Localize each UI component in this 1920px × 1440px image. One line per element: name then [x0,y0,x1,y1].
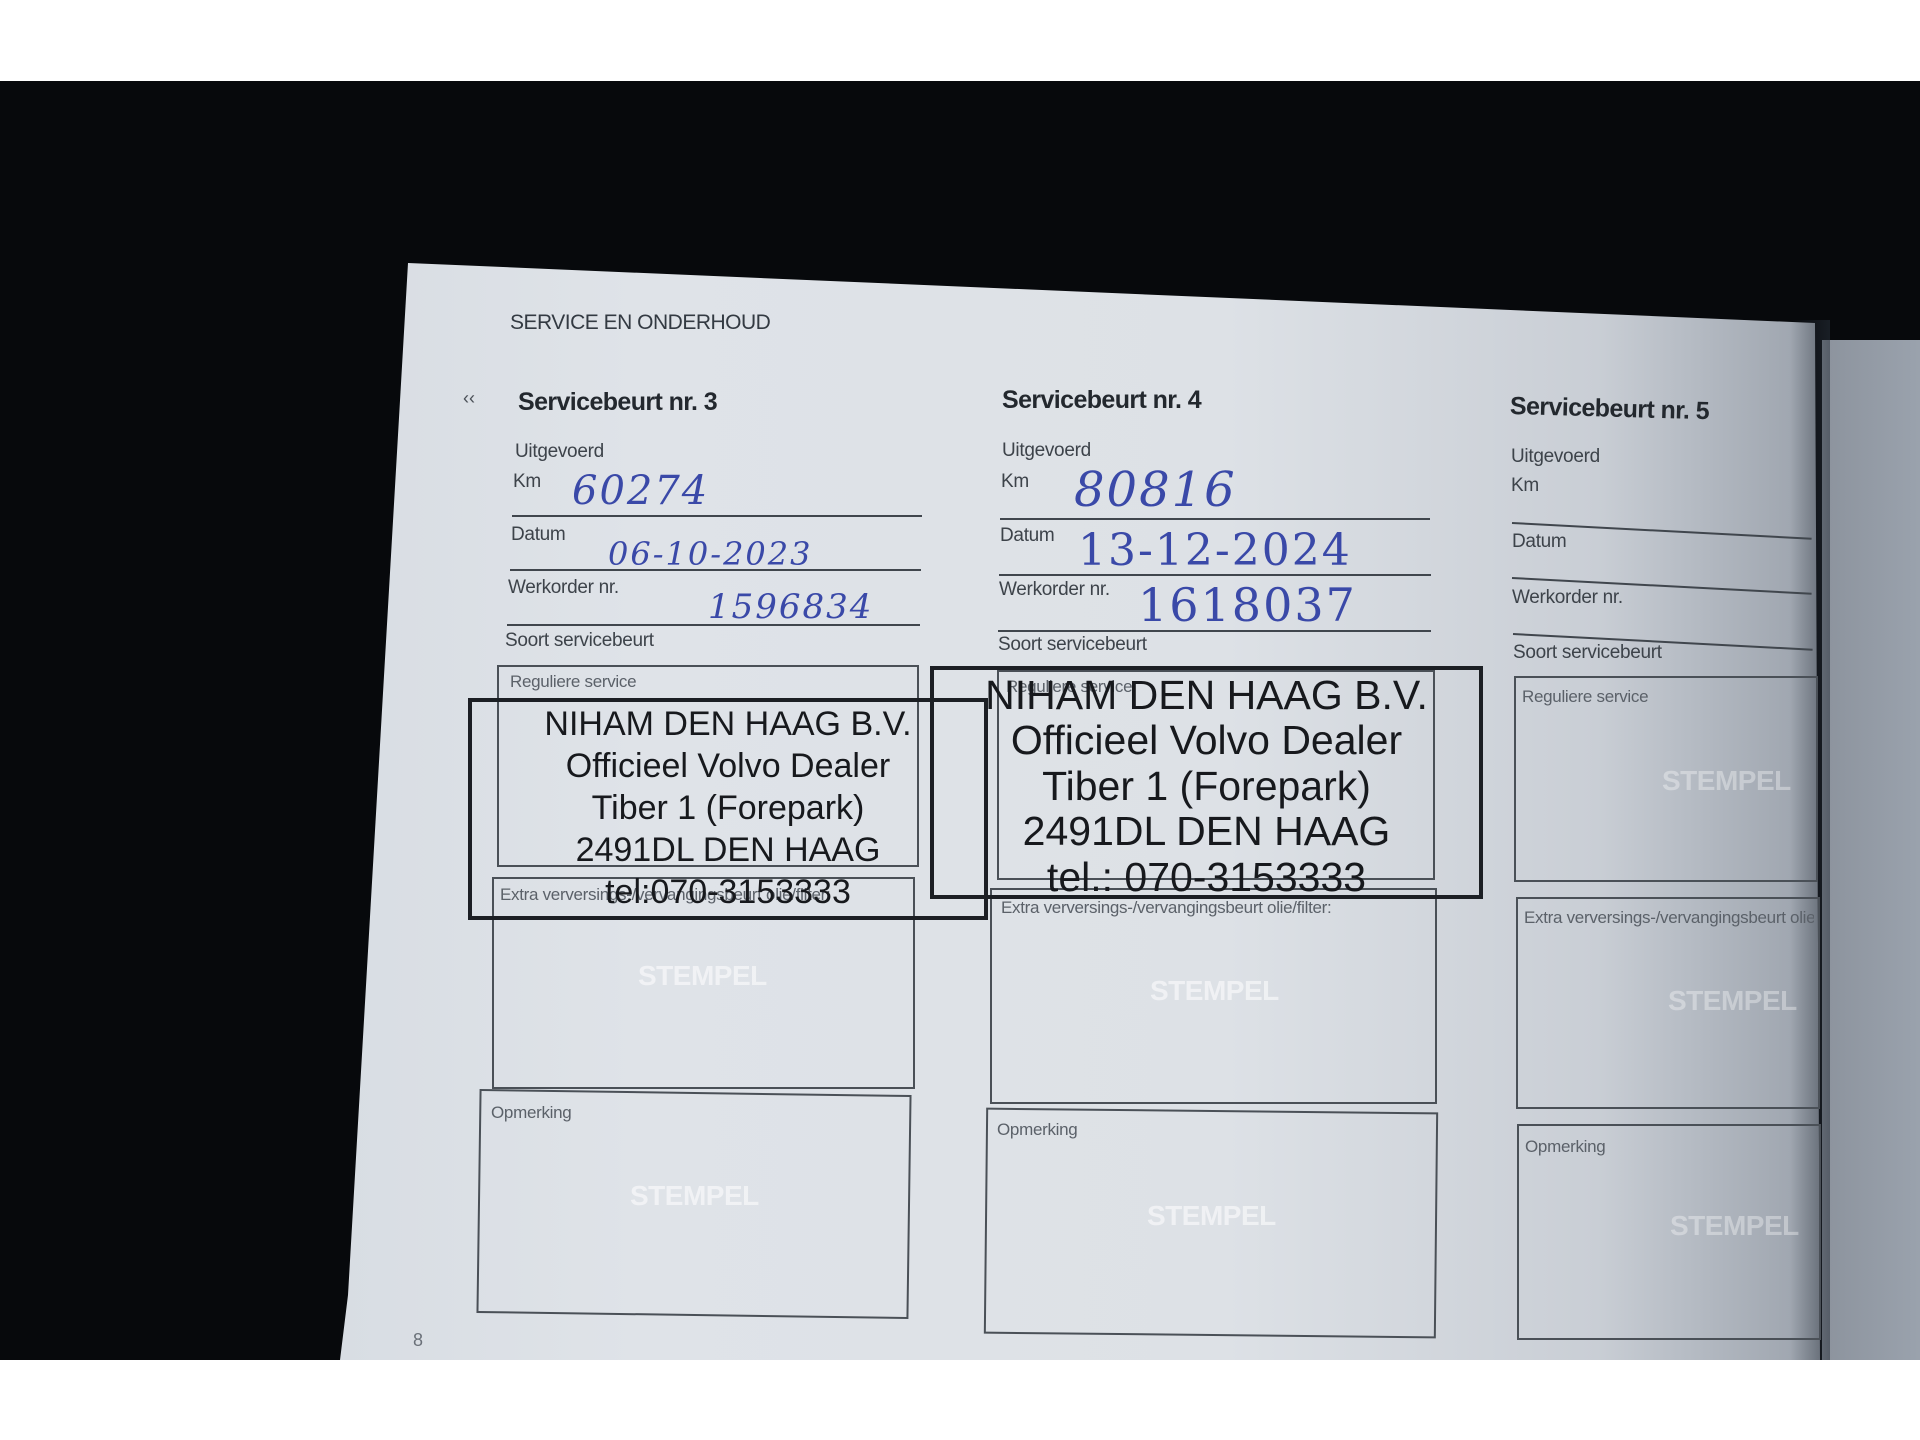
datum-label: Datum [1000,525,1054,547]
stempel-watermark: STEMPEL [1150,975,1279,1007]
extra-label: Extra verversings-/vervangingsbeurt olie… [1524,908,1814,928]
stempel-watermark: STEMPEL [1147,1200,1276,1232]
opmerking-label: Opmerking [1525,1137,1605,1157]
km-line [512,515,922,517]
km-label: Km [1511,475,1539,497]
stamp-line: Tiber 1 (Forepark) [934,765,1479,808]
service-title: Servicebeurt nr. 5 [1510,392,1710,426]
stempel-watermark: STEMPEL [630,1180,759,1212]
reguliere-label: Reguliere service [1522,687,1648,707]
soort-label: Soort servicebeurt [1513,642,1662,664]
extra-label: Extra verversings-/vervangingsbeurt olie… [1001,898,1331,918]
werkorder-label: Werkorder nr. [1512,587,1623,609]
soort-label: Soort servicebeurt [998,634,1147,656]
dealer-stamp: NIHAM DEN HAAG B.V. Officieel Volvo Deal… [930,666,1483,899]
section-header: SERVICE EN ONDERHOUD [510,311,770,335]
uitgevoerd-label: Uitgevoerd [1511,446,1600,468]
datum-line [999,574,1431,576]
opmerking-label: Opmerking [997,1120,1077,1140]
facing-page [1822,340,1920,1360]
dealer-stamp: NIHAM DEN HAAG B.V. Officieel Volvo Deal… [468,698,988,920]
stamp-line: Tiber 1 (Forepark) [472,790,984,826]
stempel-watermark: STEMPEL [638,960,767,992]
werkorder-value[interactable]: 1618037 [1138,578,1357,632]
werkorder-line [507,624,920,626]
back-arrows-icon: ‹‹ [463,388,475,409]
stamp-line: Officieel Volvo Dealer [934,719,1479,762]
datum-label: Datum [1512,531,1566,553]
km-label: Km [513,471,541,493]
stamp-line: 2491DL DEN HAAG [934,810,1479,853]
service-title: Servicebeurt nr. 3 [518,388,717,417]
km-value[interactable]: 60274 [572,468,709,514]
werkorder-value[interactable]: 1596834 [708,587,873,627]
km-line [1000,518,1430,520]
stamp-line: NIHAM DEN HAAG B.V. [934,674,1479,717]
stempel-watermark: STEMPEL [1670,1210,1799,1242]
opmerking-label: Opmerking [491,1103,571,1123]
werkorder-label: Werkorder nr. [508,577,619,599]
km-label: Km [1001,471,1029,493]
service-title: Servicebeurt nr. 4 [1002,386,1201,415]
datum-label: Datum [511,524,565,546]
datum-value[interactable]: 13-12-2024 [1078,525,1352,576]
stamp-line: tel.: 070-3153333 [934,856,1479,899]
stamp-line: Officieel Volvo Dealer [472,748,984,784]
stamp-line: NIHAM DEN HAAG B.V. [472,706,984,742]
stempel-watermark: STEMPEL [1662,765,1791,797]
stamp-line: tel:070-3153333 [472,874,984,910]
stamp-line: 2491DL DEN HAAG [472,832,984,868]
page-number: 8 [413,1330,423,1351]
stempel-watermark: STEMPEL [1668,985,1797,1017]
soort-label: Soort servicebeurt [505,630,654,652]
uitgevoerd-label: Uitgevoerd [1002,440,1091,462]
km-value[interactable]: 80816 [1074,462,1237,518]
reguliere-label: Reguliere service [510,672,636,692]
uitgevoerd-label: Uitgevoerd [515,441,604,463]
werkorder-line [998,630,1431,632]
datum-value[interactable]: 06-10-2023 [608,535,813,573]
datum-line [510,569,921,571]
werkorder-label: Werkorder nr. [999,579,1110,601]
